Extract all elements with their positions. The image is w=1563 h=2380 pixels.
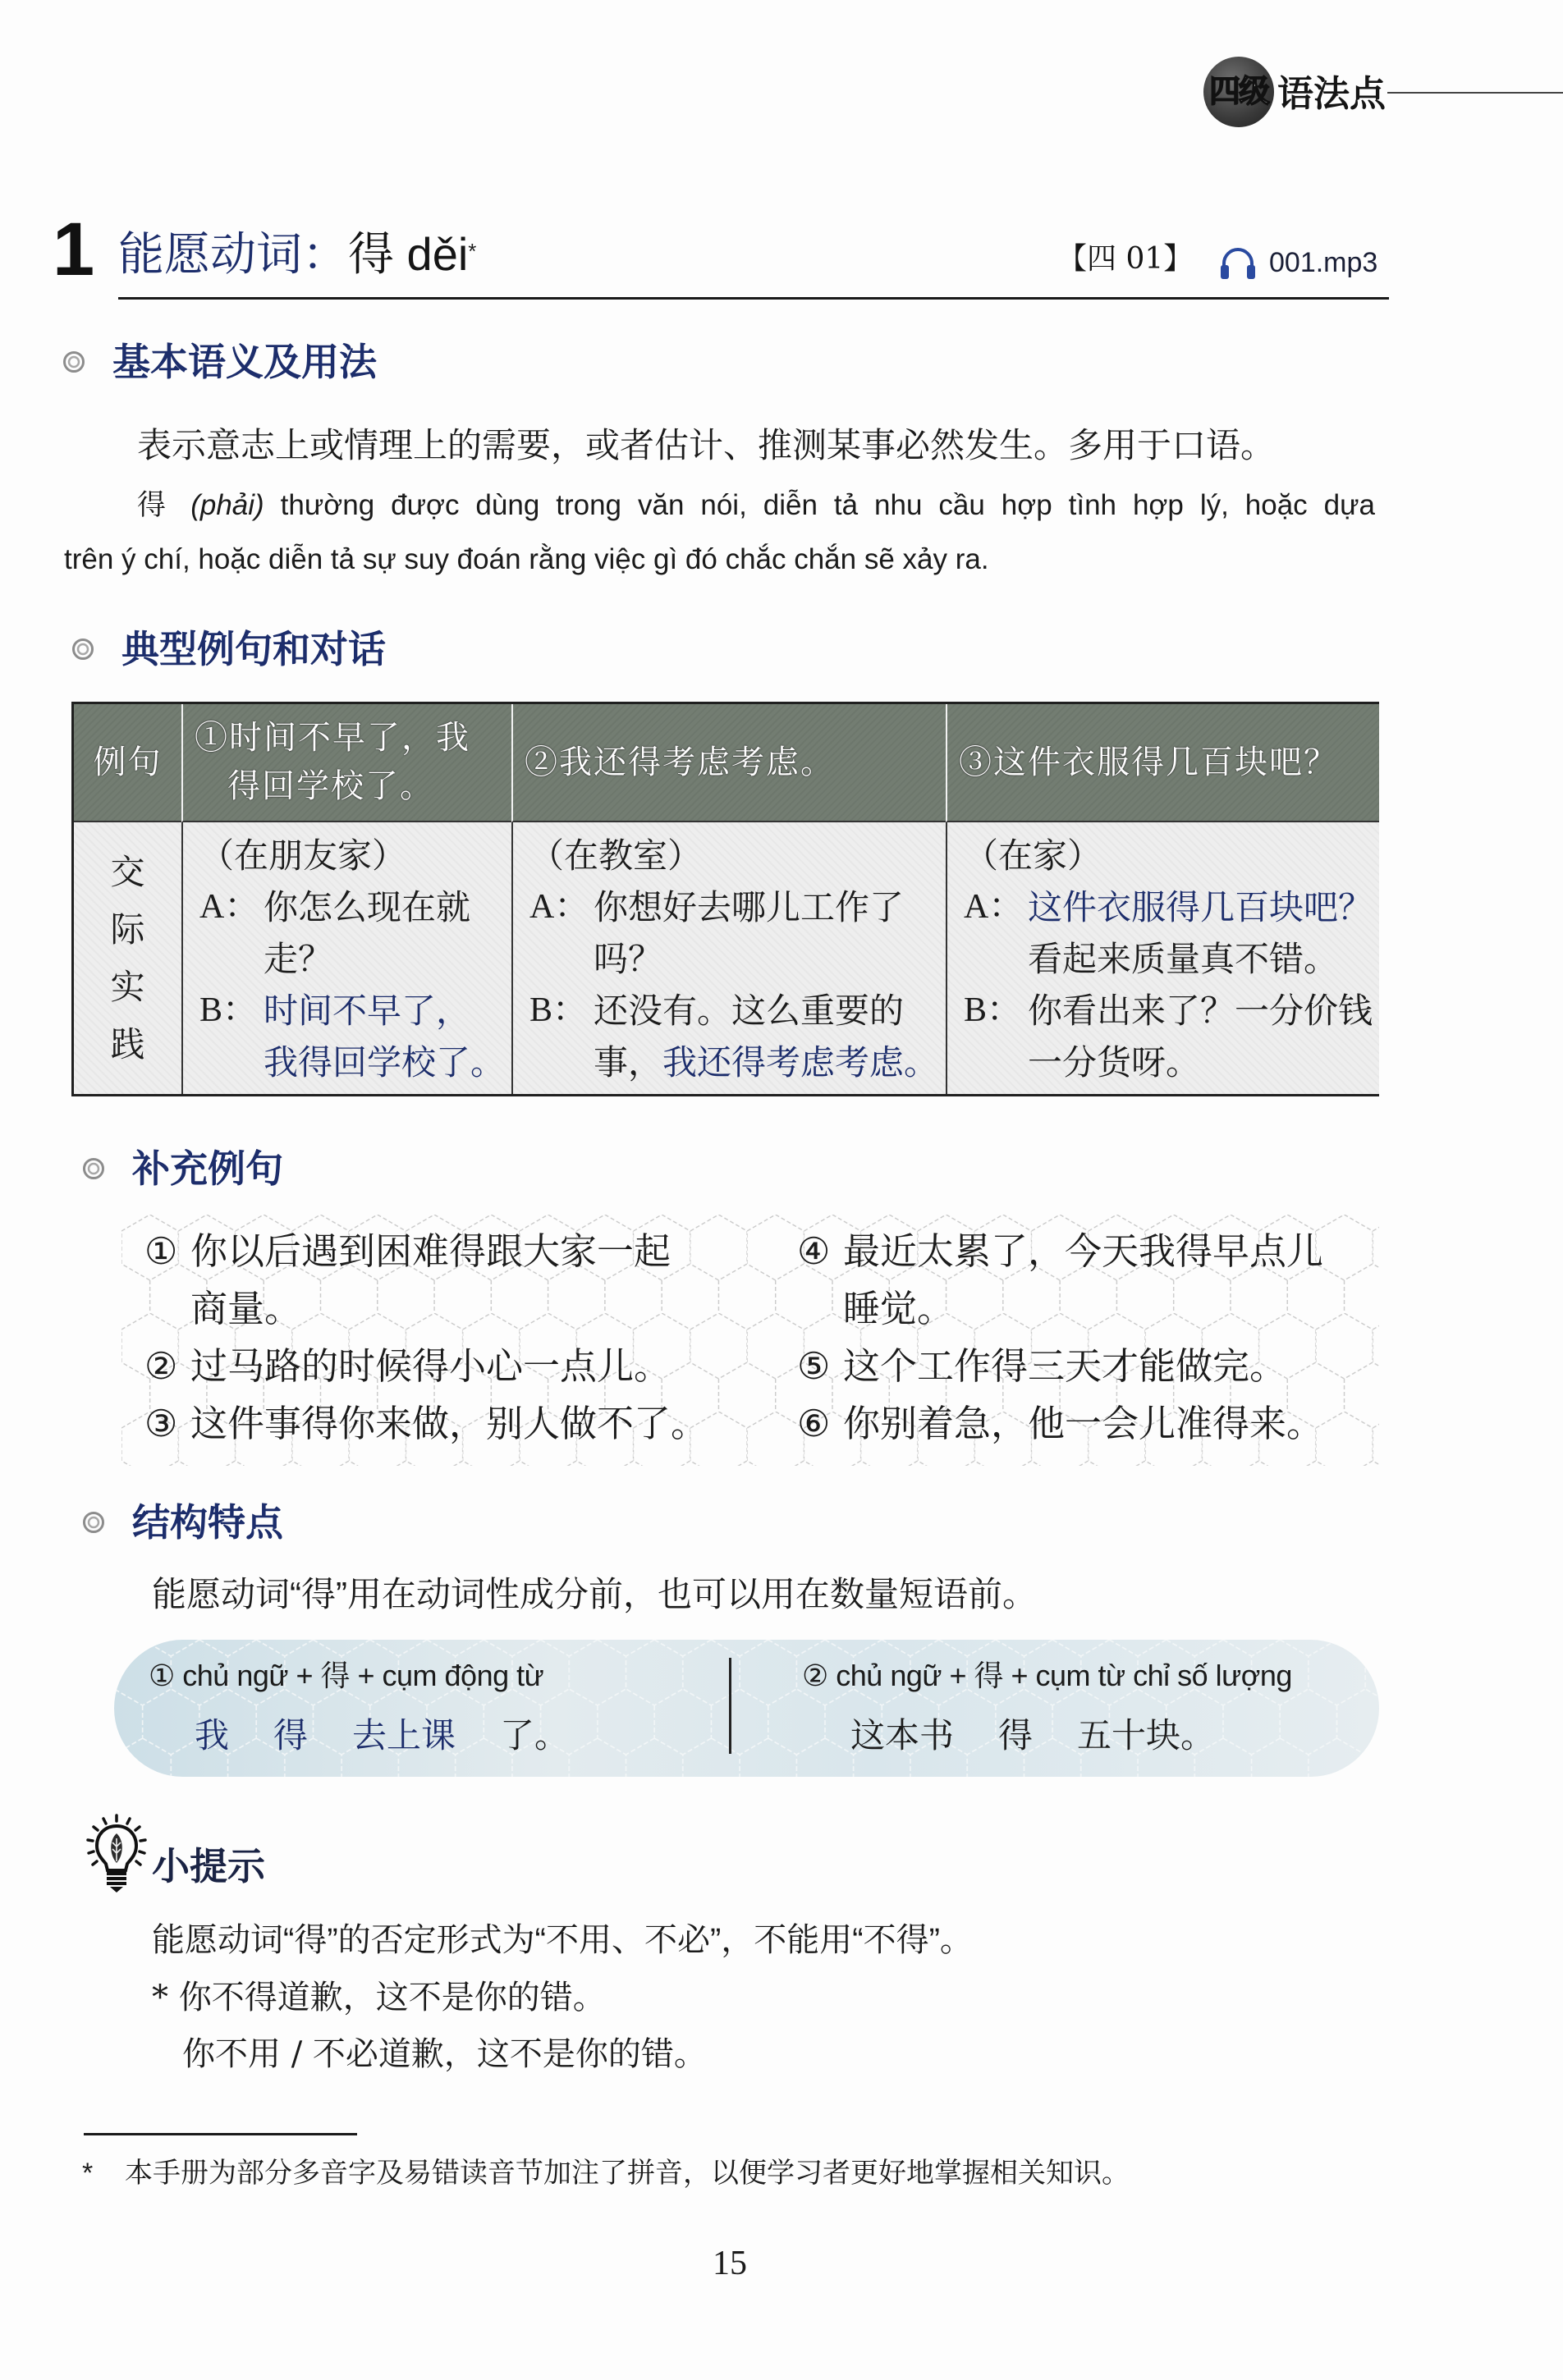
lesson-code: 【四 01】 <box>1057 238 1193 281</box>
section-heading-examples: 典型例句和对话 <box>71 626 386 672</box>
title-rule <box>118 297 1389 300</box>
double-circle-bullet-icon <box>82 1511 105 1534</box>
meaning-paragraph-zh: 表示意志上或情理上的需要，或者估计、推测某事必然发生。多用于口语。 <box>137 419 1275 472</box>
examples-table: 例句 ①时间不早了，我 得回学校了。 ②我还得考虑考虑。 ③这件衣服得几百块吧？… <box>71 702 1379 1096</box>
section-heading-supplementary: 补充例句 <box>82 1146 283 1192</box>
title-label: 能愿动词： <box>118 228 348 280</box>
footnote-mark: * <box>82 2154 125 2192</box>
supplementary-examples-box: ①你以后遇到困难得跟大家一起商量。 ②过马路的时候得小心一点儿。 ③这件事得你来… <box>121 1215 1379 1466</box>
list-item: ④最近太累了，今天我得早点儿睡觉。 <box>797 1223 1323 1338</box>
dialogue-turn-a: A： 你想好去哪儿工作了吗？ <box>529 881 939 985</box>
section-heading-text: 补充例句 <box>132 1146 283 1192</box>
title-word: 得 děi <box>348 228 468 280</box>
footnote-rule <box>84 2133 357 2135</box>
pattern-example-1: 我得去上课了。 <box>195 1712 613 1760</box>
supplementary-column-right: ④最近太累了，今天我得早点儿睡觉。 ⑤这个工作得三天才能做完。 ⑥你别着急，他一… <box>797 1223 1323 1453</box>
vi-line2: trên ý chí, hoặc diễn tả sự suy đoán rằn… <box>64 533 1375 586</box>
tip-heading: 小提示 <box>152 1843 265 1889</box>
tip-text: 能愿动词“得”的否定形式为“不用、不必”，不能用“不得”。 <box>152 1917 973 1963</box>
dialogue-3: （在家） A： 这件衣服得几百块吧？看起来质量真不错。 B： 你看出来了？一分价… <box>946 822 1379 1094</box>
dialogue-context: （在朋友家） <box>199 830 505 881</box>
section-heading-meaning: 基本语义及用法 <box>62 339 377 385</box>
double-circle-bullet-icon <box>71 638 94 661</box>
level-badge: 四级 <box>1203 57 1274 127</box>
footnote-mark: * <box>468 239 476 263</box>
pattern-formula-1: ① chủ ngữ + 得 + cụm động từ <box>149 1656 543 1696</box>
vi-line1: thường được dùng trong văn nói, diễn tả … <box>264 489 1375 521</box>
level-badge-text: 四级 <box>1209 76 1268 108</box>
header-rule <box>1387 92 1563 94</box>
headphones-icon[interactable] <box>1218 245 1258 280</box>
audio-file-link[interactable]: 001.mp3 <box>1269 241 1377 284</box>
dialogue-1: （在朋友家） A： 你怎么现在就走？ B： 时间不早了，我得回学校了。 <box>181 822 511 1094</box>
section-heading-text: 典型例句和对话 <box>121 626 386 672</box>
double-circle-bullet-icon <box>82 1157 105 1180</box>
dialogue-turn-a: A： 这件衣服得几百块吧？看起来质量真不错。 <box>964 881 1373 985</box>
footnote-text: 本手册为部分多音字及易错读音节加注了拼音，以便学习者更好地掌握相关知识。 <box>125 2158 1130 2189</box>
list-item: ①你以后遇到困难得跟大家一起商量。 <box>144 1223 708 1338</box>
dialogue-turn-a: A： 你怎么现在就走？ <box>199 881 505 985</box>
pattern-formula-2: ② chủ ngữ + 得 + cụm từ chỉ số lượng <box>802 1656 1292 1696</box>
dialogue-context: （在教室） <box>529 830 939 881</box>
double-circle-bullet-icon <box>62 350 85 373</box>
pattern-example-2: 这本书得五十块。 <box>850 1712 1259 1760</box>
vi-word: 得 <box>137 489 174 522</box>
page-number: 15 <box>713 2243 747 2284</box>
page-title: 能愿动词：得 děi* <box>118 222 476 287</box>
row-label-example: 例句 <box>74 704 181 822</box>
section-heading-text: 结构特点 <box>132 1499 283 1545</box>
list-item: ③这件事得你来做，别人做不了。 <box>144 1395 708 1453</box>
meaning-paragraph-vi: 得 (phải) thường được dùng trong văn nói,… <box>64 478 1375 586</box>
dialogue-context: （在家） <box>964 830 1373 881</box>
dialogue-turn-b: B： 还没有。这么重要的事，我还得考虑考虑。 <box>529 985 939 1088</box>
section-heading-structure: 结构特点 <box>82 1499 283 1545</box>
supplementary-column-left: ①你以后遇到困难得跟大家一起商量。 ②过马路的时候得小心一点儿。 ③这件事得你来… <box>144 1223 708 1453</box>
section-heading-text: 基本语义及用法 <box>112 339 377 385</box>
vi-gloss: (phải) <box>190 489 264 521</box>
pattern-divider <box>729 1658 731 1754</box>
list-item: ⑥你别着急，他一会儿准得来。 <box>797 1395 1323 1453</box>
structure-description: 能愿动词“得”用在动词性成分前，也可以用在数量短语前。 <box>152 1570 1037 1619</box>
running-header-label: 语法点 <box>1277 72 1386 117</box>
structure-pattern-box: ① chủ ngữ + 得 + cụm động từ 我得去上课了。 ② ch… <box>114 1640 1379 1777</box>
list-item: ⑤这个工作得三天才能做完。 <box>797 1338 1323 1395</box>
row-label-practice: 交 际 实 践 <box>74 822 181 1094</box>
lightbulb-icon <box>85 1814 148 1893</box>
dialogue-turn-b: B： 时间不早了，我得回学校了。 <box>199 985 505 1088</box>
grammar-point-number: 1 <box>53 212 94 287</box>
list-item: ②过马路的时候得小心一点儿。 <box>144 1338 708 1395</box>
example-sentence-2: ②我还得考虑考虑。 <box>511 704 946 822</box>
example-sentence-3: ③这件衣服得几百块吧？ <box>946 704 1379 822</box>
footnote: *本手册为部分多音字及易错读音节加注了拼音，以便学习者更好地掌握相关知识。 <box>82 2154 1130 2192</box>
tip-wrong-example: * 你不得道歉，这不是你的错。 <box>152 1975 606 2021</box>
example-sentence-1: ①时间不早了，我 得回学校了。 <box>181 704 511 822</box>
tip-correct-example: 你不用 / 不必道歉，这不是你的错。 <box>182 2031 707 2077</box>
dialogue-2: （在教室） A： 你想好去哪儿工作了吗？ B： 还没有。这么重要的事，我还得考虑… <box>511 822 946 1094</box>
dialogue-turn-b: B： 你看出来了？一分价钱一分货呀。 <box>964 985 1373 1088</box>
